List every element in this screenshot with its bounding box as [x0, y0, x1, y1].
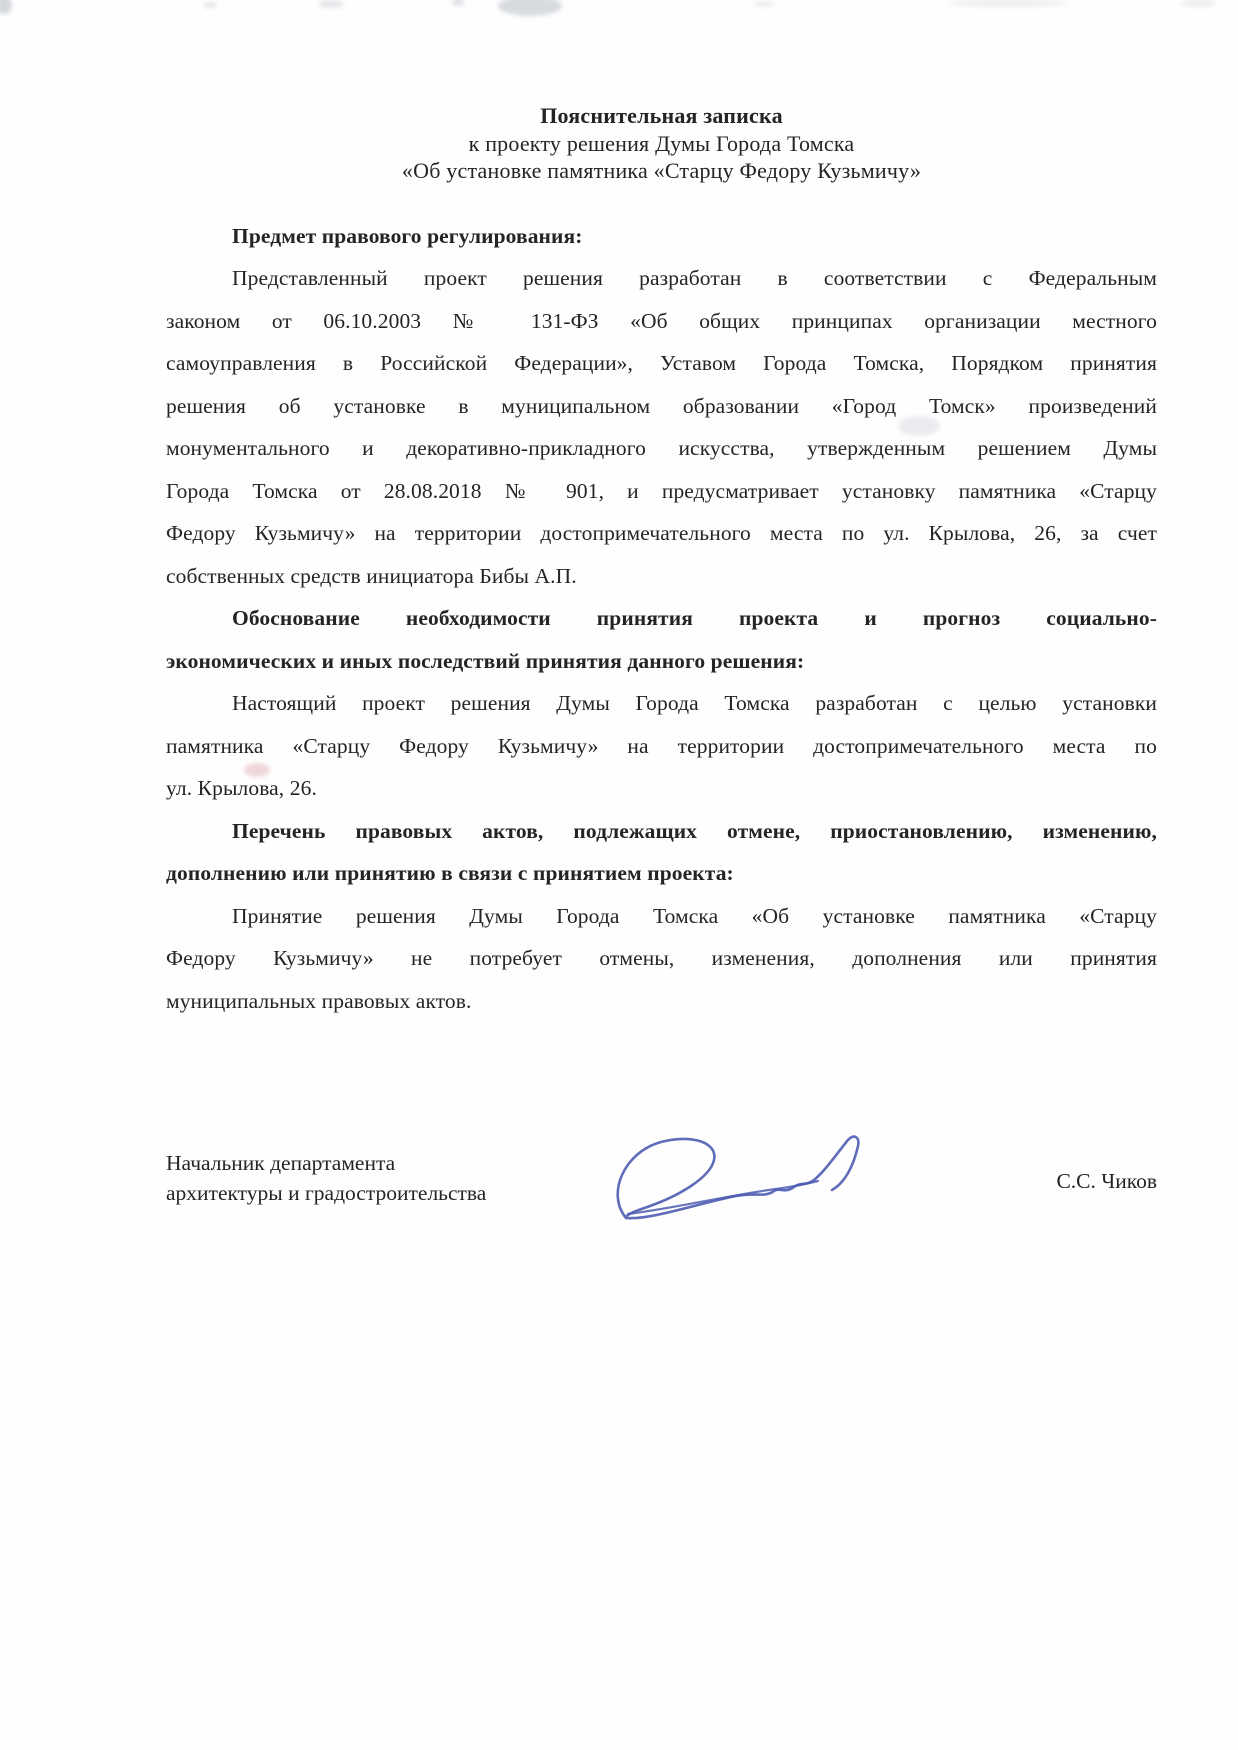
signature-block: Начальник департаментаархитектуры и град… — [166, 1140, 1157, 1236]
paragraph-justification: Настоящий проект решения Думы Города Том… — [166, 682, 1157, 810]
section-heading-acts-list: Перечень правовых актов, подлежащих отме… — [166, 810, 1157, 895]
text-line: решения об установке в муниципальном обр… — [166, 385, 1157, 428]
text-line: Федору Кузьмичу» на территории достоприм… — [166, 512, 1157, 555]
text-line: памятника «Старцу Федору Кузьмичу» на те… — [166, 725, 1157, 768]
text-line: Федору Кузьмичу» не потребует отмены, из… — [166, 937, 1157, 980]
scan-artifact — [1180, 0, 1216, 7]
signatory-position: Начальник департаментаархитектуры и град… — [166, 1148, 486, 1208]
text-line: Принятие решения Думы Города Томска «Об … — [166, 895, 1157, 938]
text-line: Пояснительная записка — [166, 102, 1157, 130]
signatory-name: С.С. Чиков — [1056, 1166, 1157, 1196]
text-line: Перечень правовых актов, подлежащих отме… — [166, 810, 1157, 853]
handwritten-signature — [606, 1134, 906, 1230]
text-line: самоуправления в Российской Федерации», … — [166, 342, 1157, 385]
scanned-document-page: Пояснительная запискак проекту решения Д… — [0, 0, 1238, 1750]
paragraph-subject: Представленный проект решения разработан… — [166, 257, 1157, 597]
text-line: собственных средств инициатора Бибы А.П. — [166, 555, 1157, 598]
text-line: Настоящий проект решения Думы Города Том… — [166, 682, 1157, 725]
text-line: к проекту решения Думы Города Томска — [166, 130, 1157, 158]
scan-artifact — [0, 0, 12, 14]
text-line: монументального и декоративно-прикладног… — [166, 427, 1157, 470]
text-line: архитектуры и градостроительства — [166, 1178, 486, 1208]
paragraph-acts-list: Принятие решения Думы Города Томска «Об … — [166, 895, 1157, 1023]
text-line: дополнению или принятию в связи с принят… — [166, 852, 1157, 895]
text-line: экономических и иных последствий приняти… — [166, 640, 1157, 683]
text-line: Начальник департамента — [166, 1148, 486, 1178]
text-line: ул. Крылова, 26. — [166, 767, 1157, 810]
section-heading-justification: Обоснование необходимости принятия проек… — [166, 597, 1157, 682]
text-line: муниципальных правовых актов. — [166, 980, 1157, 1023]
document-body: Пояснительная запискак проекту решения Д… — [166, 0, 1157, 1236]
signature-stroke — [618, 1137, 859, 1219]
document-title: Пояснительная запискак проекту решения Д… — [166, 0, 1157, 185]
signature-stroke-cross — [628, 1181, 818, 1214]
text-line: законом от 06.10.2003 № 131-ФЗ «Об общих… — [166, 300, 1157, 343]
text-line: Города Томска от 28.08.2018 № 901, и пре… — [166, 470, 1157, 513]
text-line: Обоснование необходимости принятия проек… — [166, 597, 1157, 640]
text-line: «Об установке памятника «Старцу Федору К… — [166, 157, 1157, 185]
text-line: Предмет правового регулирования: — [166, 215, 1157, 258]
section-heading-subject: Предмет правового регулирования: — [166, 215, 1157, 258]
text-line: Представленный проект решения разработан… — [166, 257, 1157, 300]
